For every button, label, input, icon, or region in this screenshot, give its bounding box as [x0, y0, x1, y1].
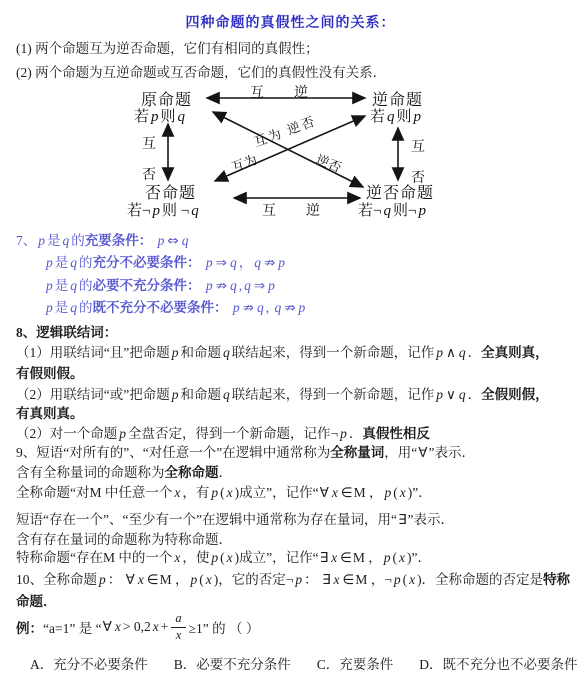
s8-item2-cont: 有真则真。: [16, 402, 84, 422]
edge-label-top-2: 逆: [294, 82, 308, 102]
edge-label-left-2: 否: [142, 164, 156, 184]
intro-line-1: (1) 两个命题互为逆否命题，它们有相同的真假性；: [16, 37, 319, 57]
example-stem: 例：“a=1” 是 “∀x> 0,2x+ax≥1” 的 （ ）: [16, 610, 259, 644]
document-page: 四种命题的真假性之间的关系： (1) 两个命题互为逆否命题，它们有相同的真假性；…: [0, 0, 581, 691]
s9-line-2: 含有全称量词的命题称为全称命题．: [16, 461, 232, 481]
s7-line-2: p是q的充分不必要条件： p⇒q，q⇏p: [44, 251, 287, 271]
s8-item1: （1）用联结词“且”把命题p和命题q联结起来，得到一个新命题，记作p∧q．全真则…: [16, 341, 549, 361]
edge-label-left: 互 否: [142, 133, 156, 184]
edge-label-bottom: 互 逆: [262, 200, 320, 220]
s9-line-4: 短语“存在一个”、“至少有一个”在逻辑中通常称为存在量词，用“∃”表示．: [16, 508, 454, 528]
s8-heading: 8、逻辑联结词：: [16, 321, 117, 341]
edge-label-right-1: 互: [411, 136, 425, 156]
option-c: C．充要条件: [317, 653, 394, 673]
node-original-formula: 若p则q: [134, 105, 187, 126]
option-b: B．必要不充分条件: [174, 653, 291, 673]
answer-options: A．充分不必要条件 B．必要不充分条件 C．充要条件 D．既不充分也不必要条件: [30, 653, 578, 673]
intro-line-2: (2) 两个命题为互逆命题或互否命题，它们的真假性没有关系．: [16, 61, 386, 81]
edge-label-top-1: 互: [250, 82, 264, 102]
s7-line-4: p是q的既不充分不必要条件： p⇏q, q⇏p: [44, 296, 307, 316]
node-contrapositive-formula: 若¬q则¬p: [358, 199, 428, 220]
s8-item3: （2）对一个命题p全盘否定，得到一个新命题，记作¬p．真假性相反: [16, 422, 430, 442]
s7-line-1: 7、p是q的充要条件： p⇔q: [16, 229, 190, 249]
edge-label-left-1: 互: [142, 133, 156, 153]
s9-line-1: 9、短语“对所有的”、“对任意一个”在逻辑中通常称为全称量词，用“∀”表示．: [16, 441, 475, 461]
option-a: A．充分不必要条件: [30, 653, 148, 673]
node-negation-formula: 若¬p则 ¬q: [127, 199, 201, 220]
s9-line-5: 含有存在量词的命题称为特称命题．: [16, 528, 232, 548]
s7-line-3: p是q的必要不充分条件： p⇏q,q⇒p: [44, 274, 277, 294]
s10-line-2: 命题．: [16, 590, 57, 610]
edge-label-top: 互 逆: [250, 82, 308, 102]
edge-label-right-2: 否: [411, 167, 425, 187]
s10-line-1: 10、全称命题p： ∀x∈M ，p(x)，它的否定¬p： ∃x∈M ，¬p(x)…: [16, 568, 570, 588]
edge-label-bottom-1: 互: [262, 200, 276, 220]
option-d: D．既不充分也不必要条件: [419, 653, 577, 673]
s8-item2: （2）用联结词“或”把命题p和命题q联结起来，得到一个新命题，记作p∨q．全假则…: [16, 383, 549, 403]
edge-label-bottom-2: 逆: [306, 200, 320, 220]
node-converse-formula: 若q则p: [370, 105, 423, 126]
edge-label-right: 互 否: [411, 136, 425, 187]
s9-line-3: 全称命题“对M 中任意一个x，有p(x)成立”，记作“∀x∈M ，p(x)”．: [16, 481, 432, 501]
s8-item1-cont: 有假则假。: [16, 362, 84, 382]
s9-line-6: 特称命题“存在M 中的一个x，使p(x)成立”，记作“∃x∈M ，p(x)”．: [16, 546, 431, 566]
page-title: 四种命题的真假性之间的关系：: [0, 12, 581, 32]
